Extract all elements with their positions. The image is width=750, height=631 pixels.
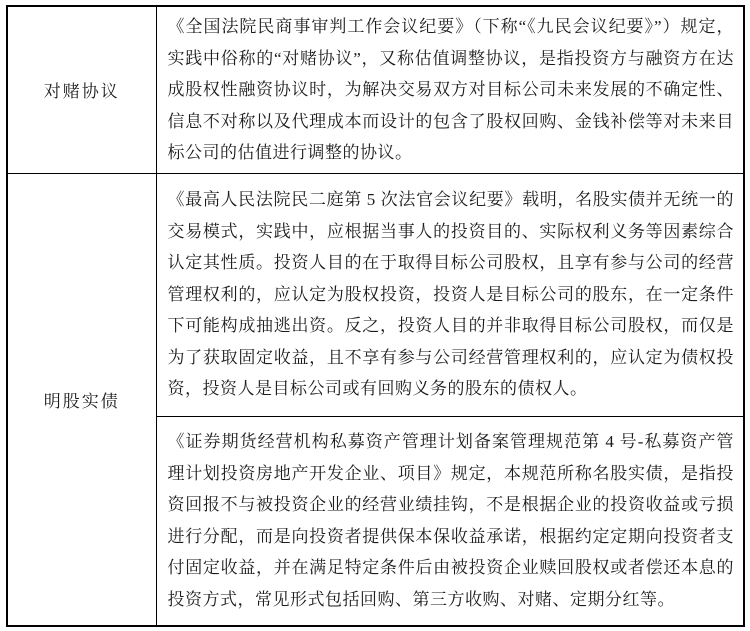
definition-cell-vam: 《全国法院民商事审判工作会议纪要》（下称“《九民会议纪要》”）规定，实践中俗称的… xyxy=(156,6,744,173)
glossary-table: 对赌协议 《全国法院民商事审判工作会议纪要》（下称“《九民会议纪要》”）规定，实… xyxy=(6,5,745,627)
definition-cell-equity-debt-2: 《证券期货经营机构私募资产管理计划备案管理规范第 4 号-私募资产管理计划投资房… xyxy=(156,416,744,626)
term-label: 明股实债 xyxy=(44,392,120,411)
definition-text: 《全国法院民商事审判工作会议纪要》（下称“《九民会议纪要》”）规定，实践中俗称的… xyxy=(168,17,735,162)
term-cell-equity-debt: 明股实债 xyxy=(7,173,156,626)
term-cell-vam: 对赌协议 xyxy=(7,6,156,173)
definition-text: 《证券期货经营机构私募资产管理计划备案管理规范第 4 号-私募资产管理计划投资房… xyxy=(168,432,735,609)
definition-text: 《最高人民法院民二庭第 5 次法官会议纪要》载明，名股实债并无统一的交易模式，实… xyxy=(168,190,735,398)
table-row-equity-debt: 明股实债 《最高人民法院民二庭第 5 次法官会议纪要》载明，名股实债并无统一的交… xyxy=(7,173,744,416)
table-row-vam: 对赌协议 《全国法院民商事审判工作会议纪要》（下称“《九民会议纪要》”）规定，实… xyxy=(7,6,744,173)
document-page: 对赌协议 《全国法院民商事审判工作会议纪要》（下称“《九民会议纪要》”）规定，实… xyxy=(0,0,750,631)
definition-cell-equity-debt-1: 《最高人民法院民二庭第 5 次法官会议纪要》载明，名股实债并无统一的交易模式，实… xyxy=(156,173,744,416)
term-label: 对赌协议 xyxy=(44,82,120,101)
